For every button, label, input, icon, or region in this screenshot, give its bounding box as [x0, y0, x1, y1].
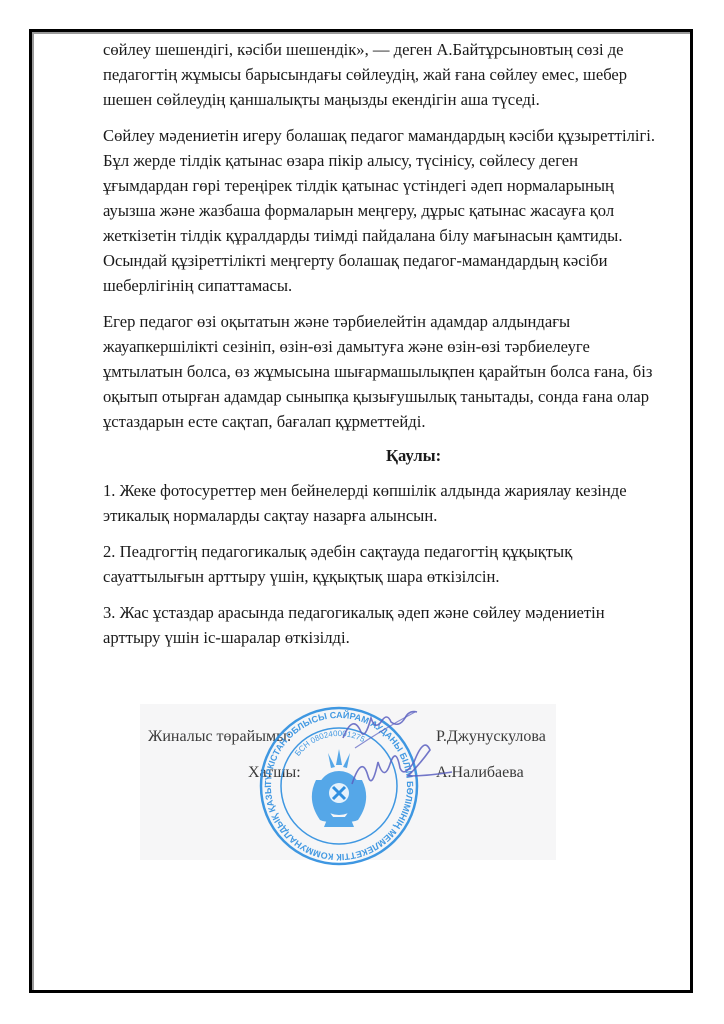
secretary-signature-icon [348, 740, 458, 800]
text-line: арттыру үшін іс-шаралар өткізілді. [103, 625, 663, 650]
text-line: ұғымдардан гөрі тереңірек тілдік қатынас… [103, 173, 663, 198]
text-line: 3. Жас ұстаздар арасында педагогикалық ә… [103, 600, 663, 625]
text-line: 1. Жеке фотосуреттер мен бейнелерді көпш… [103, 478, 663, 503]
text-line: сауаттылығын арттыру үшін, құқықтық шара… [103, 564, 663, 589]
text-line: Осындай құзіреттілікті меңгерту болашақ … [103, 248, 663, 273]
text-line: жауапкершілікті сезініп, өзін-өзі дамыту… [103, 334, 663, 359]
resolution-heading: Қаулы: [386, 446, 441, 466]
resolution-item-2: 2. Пеадгогтің педагогикалық әдебін сақта… [103, 539, 663, 589]
text-line: Сөйлеу мәдениетін игеру болашақ педагог … [103, 123, 663, 148]
text-line: жеткізетін тілдік құралдарды тиімді пайд… [103, 223, 663, 248]
text-line: ауызша және жазбаша формаларын меңгеру, … [103, 198, 663, 223]
text-line: этикалық нормаларды сақтау назарға алынс… [103, 503, 663, 528]
text-line: шеберлігінің сипаттамасы. [103, 273, 663, 298]
paragraph-3: Егер педагог өзі оқытатын және тәрбиелей… [103, 309, 663, 434]
resolution-list: 1. Жеке фотосуреттер мен бейнелерді көпш… [103, 478, 663, 661]
text-line: педагогтің жұмысы барысындағы сөйлеудің,… [103, 62, 663, 87]
text-line: сөйлеу шешендігі, кәсіби шешендік», — де… [103, 37, 663, 62]
text-line: 2. Пеадгогтің педагогикалық әдебін сақта… [103, 539, 663, 564]
resolution-item-1: 1. Жеке фотосуреттер мен бейнелерді көпш… [103, 478, 663, 528]
text-line: Бұл жерде тілдік қатынас өзара пікір алы… [103, 148, 663, 173]
paragraph-1: сөйлеу шешендігі, кәсіби шешендік», — де… [103, 37, 663, 112]
text-line: ұмтылатын болса, өз жұмысына шығармашылы… [103, 359, 663, 384]
text-line: ұстаздарын есте сақтап, бағалап құрметте… [103, 409, 663, 434]
text-line: оқытып отырған адамдар сыныпқа қызығушыл… [103, 384, 663, 409]
text-line: шешен сөйлеудің қаншалықты маңызды екенд… [103, 87, 663, 112]
resolution-item-3: 3. Жас ұстаздар арасында педагогикалық ә… [103, 600, 663, 650]
text-line: Егер педагог өзі оқытатын және тәрбиелей… [103, 309, 663, 334]
paragraph-2: Сөйлеу мәдениетін игеру болашақ педагог … [103, 123, 663, 298]
body-text: сөйлеу шешендігі, кәсіби шешендік», — де… [103, 37, 663, 445]
